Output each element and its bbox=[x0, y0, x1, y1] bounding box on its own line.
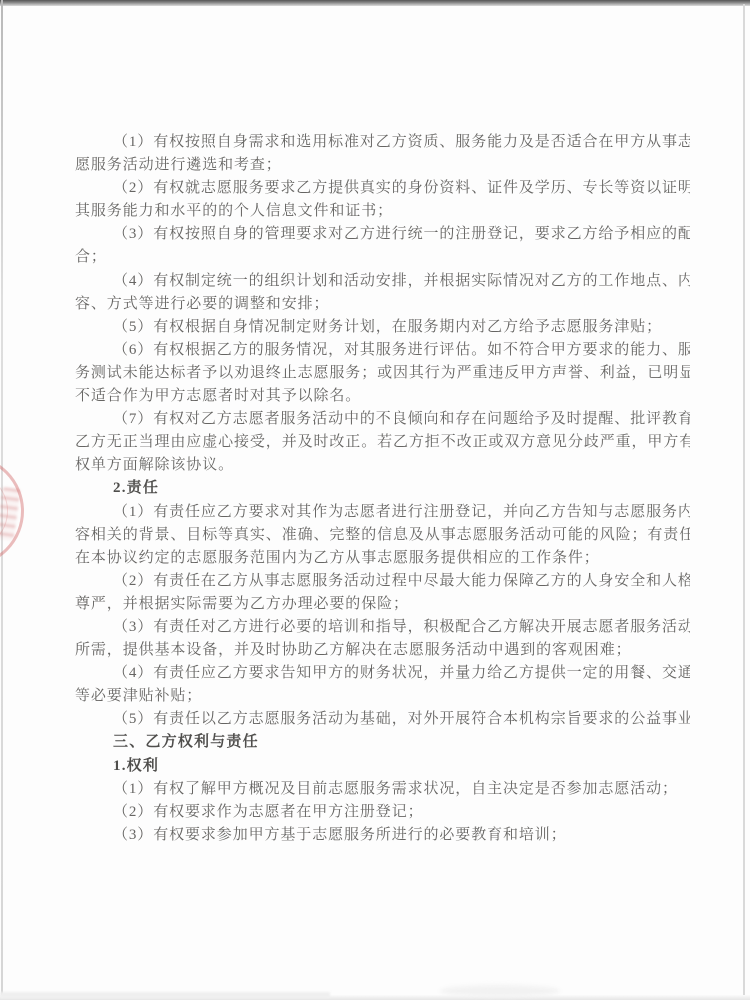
text-line: 所需，提供基本设备，并及时协助乙方解决在志愿服务活动中遇到的客观困难； bbox=[75, 639, 690, 662]
contract-body: （1）有权按照自身需求和选用标准对乙方资质、服务能力及是否适合在甲方从事志 愿服… bbox=[75, 131, 690, 847]
section-heading: 三、乙方权利与责任 bbox=[75, 731, 690, 754]
text-line: 在本协议约定的志愿服务范围内为乙方从事志愿服务提供相应的工作条件； bbox=[75, 547, 690, 570]
text-line: （4）有责任应乙方要求告知甲方的财务状况，并量力给乙方提供一定的用餐、交通 bbox=[75, 662, 690, 685]
official-seal-stamp bbox=[0, 455, 24, 567]
text-line: 权单方面解除该协议。 bbox=[75, 454, 690, 477]
text-line: （1）有权了解甲方概况及目前志愿服务需求状况，自主决定是否参加志愿活动； bbox=[75, 778, 690, 801]
text-line: 务测试未能达标者予以劝退终止志愿服务；或因其行为严重违反甲方声誉、利益，已明显 bbox=[75, 362, 690, 385]
text-line: 等必要津贴补贴； bbox=[75, 685, 690, 708]
text-line: （3）有权按照自身的管理要求对乙方进行统一的注册登记，要求乙方给予相应的配 bbox=[75, 223, 690, 246]
text-line: 其服务能力和水平的的个人信息文件和证书； bbox=[75, 200, 690, 223]
text-line: 乙方无正当理由应虚心接受，并及时改正。若乙方拒不改正或双方意见分歧严重，甲方有 bbox=[75, 431, 690, 454]
text-line: （2）有责任在乙方从事志愿服务活动过程中尽最大能力保障乙方的人身安全和人格 bbox=[75, 570, 690, 593]
text-line: （6）有权根据乙方的服务情况，对其服务进行评估。如不符合甲方要求的能力、服 bbox=[75, 339, 690, 362]
text-line: （1）有权按照自身需求和选用标准对乙方资质、服务能力及是否适合在甲方从事志 bbox=[75, 131, 690, 154]
text-line: 容相关的背景、目标等真实、准确、完整的信息及从事志愿服务活动可能的风险；有责任 bbox=[75, 524, 690, 547]
text-line: 尊严，并根据实际需要为乙方办理必要的保险； bbox=[75, 593, 690, 616]
section-heading: 2.责任 bbox=[75, 477, 690, 500]
text-line: （3）有责任对乙方进行必要的培训和指导，积极配合乙方解决开展志愿者服务活动 bbox=[75, 616, 690, 639]
text-line: （2）有权要求作为志愿者在甲方注册登记； bbox=[75, 801, 690, 824]
text-line: 不适合作为甲方志愿者时对其予以除名。 bbox=[75, 385, 690, 408]
scan-edge-right bbox=[743, 4, 745, 1000]
text-line: 容、方式等进行必要的调整和安排； bbox=[75, 293, 690, 316]
text-line: 合； bbox=[75, 246, 690, 269]
scan-artifact bbox=[440, 985, 560, 997]
text-line: （3）有权要求参加甲方基于志愿服务所进行的必要教育和培训； bbox=[75, 824, 690, 847]
scan-artifact bbox=[0, 992, 330, 998]
text-line: （4）有权制定统一的组织计划和活动安排，并根据实际情况对乙方的工作地点、内 bbox=[75, 270, 690, 293]
scan-edge-top bbox=[0, 0, 750, 6]
text-line: （5）有权根据自身情况制定财务计划，在服务期内对乙方给予志愿服务津贴； bbox=[75, 316, 690, 339]
document-page: （1）有权按照自身需求和选用标准对乙方资质、服务能力及是否适合在甲方从事志 愿服… bbox=[0, 0, 750, 1000]
text-line: （2）有权就志愿服务要求乙方提供真实的身份资料、证件及学历、专长等资以证明 bbox=[75, 177, 690, 200]
text-line: （1）有责任应乙方要求对其作为志愿者进行注册登记，并向乙方告知与志愿服务内 bbox=[75, 501, 690, 524]
text-line: （5）有责任以乙方志愿服务活动为基础，对外开展符合本机构宗旨要求的公益事业； bbox=[75, 708, 690, 731]
text-line: （7）有权对乙方志愿者服务活动中的不良倾向和存在问题给予及时提醒、批评教育， bbox=[75, 408, 690, 431]
section-heading: 1.权利 bbox=[75, 755, 690, 778]
text-line: 愿服务活动进行遴选和考查； bbox=[75, 154, 690, 177]
